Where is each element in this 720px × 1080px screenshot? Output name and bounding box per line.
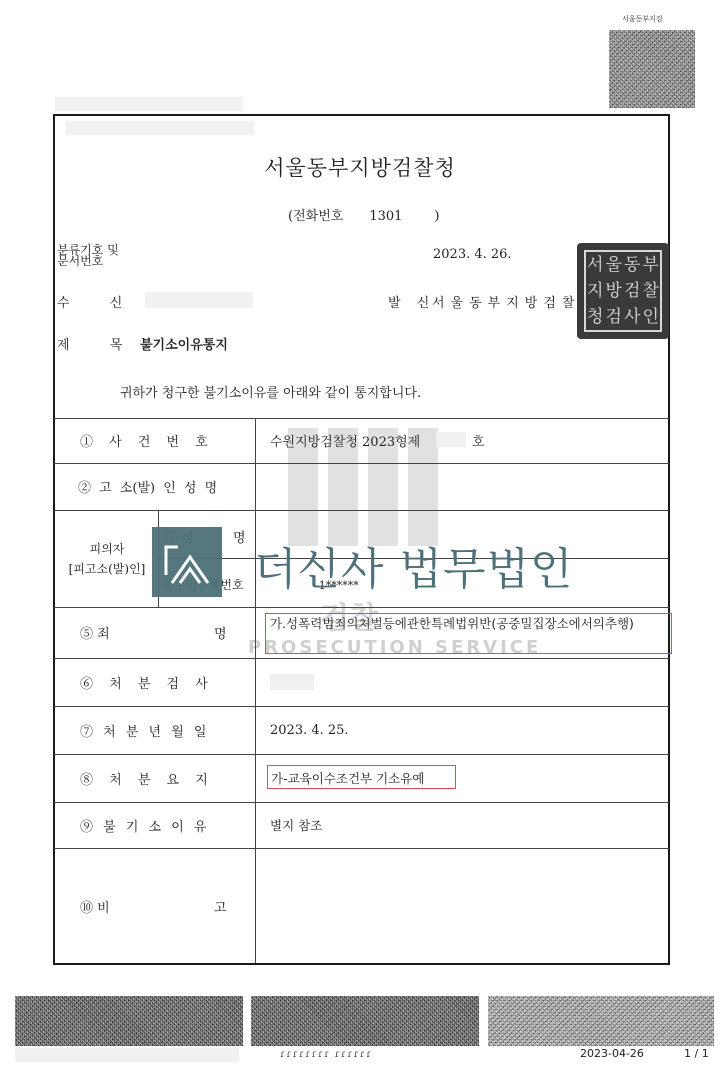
seal-character: 방 [605, 278, 624, 304]
classification-label: 분류기호 및 문서번호 [57, 245, 119, 267]
subject-value: 불기소이유통지 [140, 334, 228, 353]
seal-character: 청 [586, 304, 605, 330]
phone-close: ) [434, 209, 439, 224]
label-suspect-group: 피의자 [피고소(발)인] [58, 510, 156, 607]
value-charge: 가.성폭력범죄의처벌등에관한특례법위반(공중밀집장소에서의추행) [270, 614, 668, 633]
label-remarks: ⑩ 비 [80, 848, 110, 965]
footer-page-number: 1 / 1 [684, 1047, 709, 1060]
footer-barcode-1 [15, 996, 243, 1046]
phone-label: (전화번호 [288, 209, 343, 224]
label-suspect: 피의자 [90, 539, 125, 559]
recipient-label: 수 신 [57, 292, 128, 311]
subject-label: 제 목 [57, 334, 128, 353]
label-charge-right: 명 [214, 607, 227, 658]
label-complainant-name: ② 고 소(발) 인 성 명 [78, 463, 217, 510]
value-non-prosecution-reason: 별지 참조 [270, 802, 322, 848]
seal-character: 동 [623, 252, 642, 278]
seal-character: 서 [586, 252, 605, 278]
label-non-prosecution-reason: ⑨ 불 기 소 이 유 [80, 802, 206, 848]
seal-characters: 서울동부지방검찰청검사인 [584, 250, 662, 332]
label-prosecutor: ⑥ 처 분 검 사 [80, 658, 208, 706]
phone-line: (전화번호1301) [288, 205, 439, 224]
label-disposition-date: ⑦ 처 분 년 월 일 [80, 706, 206, 754]
seal-character: 검 [623, 278, 642, 304]
sender-label: 발 신 [388, 292, 435, 311]
seal-character: 부 [642, 252, 661, 278]
value-case-number-suffix: 호 [472, 418, 485, 463]
redacted-recipient [145, 292, 253, 308]
intro-text: 귀하가 청구한 불기소이유를 아래와 같이 통지합니다. [120, 382, 421, 401]
firm-logo-icon [152, 527, 222, 597]
classification-label-line2: 문서번호 [57, 256, 119, 267]
phone-number: 1301 [369, 209, 402, 224]
redacted-header-inner [66, 121, 254, 135]
official-seal: 서울동부지방검찰청검사인 [577, 243, 669, 339]
footer-barcode-3 [488, 996, 714, 1046]
barcode-caption: 서울동부지검 [622, 14, 663, 24]
label-charge: ⑤ 죄 [80, 607, 110, 658]
value-disposition-summary: 가-교육이수조건부 기소유예 [271, 754, 424, 802]
redacted-footer [15, 1048, 239, 1062]
row-divider [54, 848, 669, 849]
seal-character: 사 [623, 304, 642, 330]
label-case-number: ① 사 건 번 호 [80, 418, 208, 463]
redacted-header-top [55, 97, 243, 111]
label-remarks-right: 고 [214, 848, 227, 965]
label-disposition-summary: ⑧ 처 분 요 지 [80, 754, 208, 802]
seal-character: 찰 [642, 278, 661, 304]
label-suspect-name-right: 명 [233, 516, 246, 556]
seal-character: 울 [605, 252, 624, 278]
column-divider [255, 418, 256, 963]
firm-name-watermark: 더신사 법무법인 [254, 533, 574, 597]
label-suspect-alias: [피고소(발)인] [69, 559, 146, 579]
row-divider [54, 607, 669, 608]
redacted-prosecutor [270, 674, 314, 690]
seal-character: 인 [642, 304, 661, 330]
top-barcode [609, 30, 695, 108]
footer-ticks: ɾɾɾɾɾɾɾɾ ɾɾɾɾɾɾ [280, 1049, 372, 1060]
sender-value: 서울동부지방검찰청 [432, 292, 599, 311]
footer-barcode-2 [251, 996, 479, 1046]
redacted-case-number [436, 432, 466, 447]
seal-character: 검 [605, 304, 624, 330]
seal-character: 지 [586, 278, 605, 304]
office-title: 서울동부지방검찰청 [0, 152, 720, 182]
value-disposition-date: 2023. 4. 25. [270, 706, 349, 754]
document-date: 2023. 4. 26. [433, 247, 512, 262]
footer-date: 2023-04-26 [580, 1047, 644, 1060]
value-case-number: 수원지방검찰청 2023형제 [270, 418, 420, 463]
